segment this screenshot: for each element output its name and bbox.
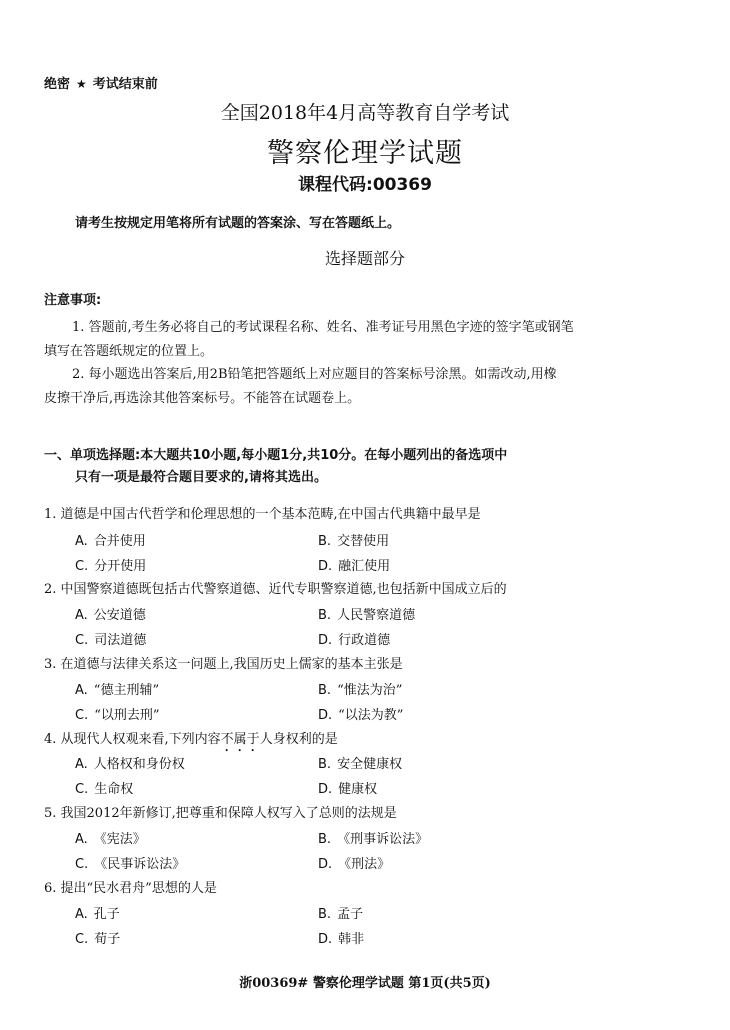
question-1-option-b[interactable]: B.交替使用 [318,530,389,549]
note-1-line-2: 填写在答题纸规定的位置上。 [44,340,213,359]
section-heading-line-1: 一、单项选择题:本大题共10小题,每小题1分,共10分。在每小题列出的备选项中 [44,444,507,463]
question-4-option-b[interactable]: B.安全健康权 [318,753,402,772]
question-5-option-d[interactable]: D.《刑法》 [318,853,390,872]
question-2-option-c[interactable]: C.司法道德 [75,629,146,648]
note-1-line-1: 1. 答题前,考生务必将自己的考试课程名称、姓名、准考证号用黑色字迹的签字笔或钢… [72,316,574,335]
note-2-line-1: 2. 每小题选出答案后,用2B铅笔把答题纸上对应题目的答案标号涂黑。如需改动,用… [72,363,557,382]
question-3-option-b[interactable]: B.“惟法为治” [318,679,402,698]
course-code: 课程代码:00369 [0,170,730,195]
question-6-option-d[interactable]: D.韩非 [318,928,364,947]
emphasis-not-belong: 不属于 [221,732,260,747]
question-1-option-c[interactable]: C.分开使用 [75,555,146,574]
question-6-option-c[interactable]: C.荀子 [75,928,120,947]
question-2-option-d[interactable]: D.行政道德 [318,629,390,648]
question-4-stem: 4. 从现代人权观来看,下列内容不属于人身权利的是 [44,728,338,755]
exam-title: 全国2018年4月高等教育自学考试 [0,98,730,125]
question-3-option-d[interactable]: D.“以法为教” [318,704,403,723]
general-instruction: 请考生按规定用笔将所有试题的答案涂、写在答题纸上。 [75,212,400,231]
question-2-stem: 2. 中国警察道德既包括古代警察道德、近代专职警察道德,也包括新中国成立后的 [44,578,507,597]
question-1-stem: 1. 道德是中国古代哲学和伦理思想的一个基本范畴,在中国古代典籍中最早是 [44,503,481,522]
question-6-stem: 6. 提出“民水君舟”思想的人是 [44,877,217,896]
question-5-option-a[interactable]: A.《宪法》 [75,828,146,847]
note-2-line-2: 皮擦干净后,再选涂其他答案标号。不能答在试题卷上。 [44,387,360,406]
subject-title: 警察伦理学试题 [0,131,730,170]
question-5-option-b[interactable]: B.《刑事诉讼法》 [318,828,428,847]
question-3-option-a[interactable]: A.“德主刑辅” [75,679,159,698]
question-3-option-c[interactable]: C.“以刑去刑” [75,704,160,723]
page-footer: 浙00369# 警察伦理学试题 第1页(共5页) [0,972,730,991]
confidentiality-label: 绝密★考试结束前 [44,73,158,92]
secret-label: 绝密 [44,77,70,92]
star-icon: ★ [76,77,87,91]
question-4-option-c[interactable]: C.生命权 [75,778,133,797]
question-3-stem: 3. 在道德与法律关系这一问题上,我国历史上儒家的基本主张是 [44,653,403,672]
question-1-option-d[interactable]: D.融汇使用 [318,555,390,574]
question-4-option-a[interactable]: A.人格权和身份权 [75,753,185,772]
question-1-option-a[interactable]: A.合并使用 [75,530,146,549]
question-4-option-d[interactable]: D.健康权 [318,778,377,797]
question-5-option-c[interactable]: C.《民事诉讼法》 [75,853,185,872]
before-exam-end-label: 考试结束前 [93,77,158,92]
part-title: 选择题部分 [0,246,730,269]
notes-heading: 注意事项: [44,289,101,308]
question-5-stem: 5. 我国2012年新修订,把尊重和保障人权写入了总则的法规是 [44,802,397,821]
section-heading-line-2: 只有一项是最符合题目要求的,请将其选出。 [75,466,327,485]
question-2-option-a[interactable]: A.公安道德 [75,604,146,623]
question-6-option-b[interactable]: B.孟子 [318,903,363,922]
question-2-option-b[interactable]: B.人民警察道德 [318,604,415,623]
question-6-option-a[interactable]: A.孔子 [75,903,120,922]
